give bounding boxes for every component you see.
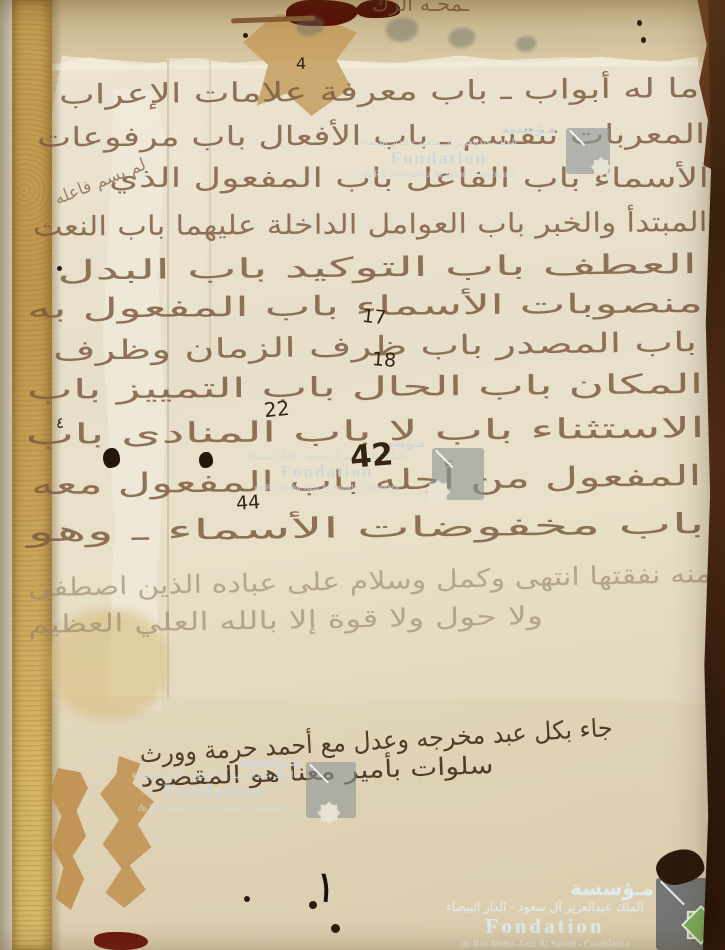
watermark-arabic-subtitle: الملك عبدالعزيز آل سعود - الدار البيضاء bbox=[322, 137, 556, 148]
foundation-watermark: مـؤسسة الملك عبدالعزيز آل سعود - الدار ا… bbox=[436, 876, 725, 950]
ink-number: 4 bbox=[296, 54, 306, 73]
manuscript-line: ما له أبواب ـ باب معرفة علامات الإعراب bbox=[58, 72, 699, 112]
watermark-arabic-subtitle: الملك عبدالعزيز آل سعود - الدار البيضاء bbox=[228, 451, 426, 462]
ink-number: 17 bbox=[361, 305, 387, 329]
ink-dot bbox=[637, 20, 642, 26]
ink-dot bbox=[641, 37, 646, 43]
ink-number: 44 bbox=[235, 491, 261, 515]
watermark-arabic-title: مـؤسسة bbox=[126, 752, 302, 770]
watermark-french-title: Fondation bbox=[436, 914, 654, 939]
watermark-french-subtitle: du Roi Abdul-Aziz Al Saoud - Casablanca bbox=[322, 169, 556, 179]
foundation-watermark: مـؤسسة الملك عبدالعزيز آل سعود - الدار ا… bbox=[126, 752, 360, 830]
watermark-french-subtitle: du Roi Abdul-Aziz Al Saoud - Casablanca bbox=[436, 939, 654, 950]
watermark-french-subtitle: du Roi Abdul-Aziz Al Saoud - Casablanca bbox=[126, 803, 302, 813]
watermark-french-title: Fondation bbox=[126, 781, 302, 803]
ink-number: ٤ bbox=[56, 414, 64, 432]
ink-dot bbox=[244, 896, 250, 902]
ink-number: 18 bbox=[371, 348, 397, 372]
manuscript-scan-page: ما له أبواب ـ باب معرفة علامات الإعرابال… bbox=[0, 0, 725, 950]
ink-blot bbox=[199, 452, 213, 468]
spine-cloth-strip bbox=[0, 0, 12, 950]
manuscript-line: المبتدأ والخبر باب العوامل الداخلة عليهم… bbox=[32, 206, 707, 244]
top-edge-scribble: ـمحـه الرك bbox=[372, 0, 469, 16]
foundation-star-logo-icon bbox=[566, 128, 610, 174]
watermark-arabic-title: مـؤسسة bbox=[436, 876, 654, 900]
folio-number: 42 bbox=[349, 436, 395, 476]
ink-number: 22 bbox=[263, 396, 291, 423]
ink-dot bbox=[309, 901, 317, 909]
eight-point-star-icon bbox=[314, 798, 344, 828]
watermark-arabic-subtitle: الملك عبدالعزيز آل سعود - الدار البيضاء bbox=[126, 770, 302, 781]
watermark-text: مـؤسسة الملك عبدالعزيز آل سعود - الدار ا… bbox=[436, 876, 654, 950]
foundation-star-logo-icon bbox=[306, 762, 356, 818]
manuscript-line: العطف باب التوكيد باب البدل bbox=[57, 248, 698, 288]
foundation-watermark: مـؤسسة الملك عبدالعزيز آل سعود - الدار ا… bbox=[322, 122, 612, 194]
watermark-text: مـؤسسة الملك عبدالعزيز آل سعود - الدار ا… bbox=[228, 436, 426, 492]
watermark-french-title: Fondation bbox=[322, 148, 556, 169]
watermark-text: مـؤسسة الملك عبدالعزيز آل سعود - الدار ا… bbox=[322, 122, 556, 179]
watermark-text: مـؤسسة الملك عبدالعزيز آل سعود - الدار ا… bbox=[126, 752, 302, 813]
watermark-arabic-title: مـؤسسة bbox=[322, 122, 556, 137]
foundation-star-logo-icon bbox=[432, 448, 484, 500]
ink-dot bbox=[243, 33, 248, 38]
watermark-arabic-subtitle: الملك عبدالعزيز آل سعود - الدار البيضاء bbox=[436, 900, 654, 914]
watermark-arabic-title: مـؤسسة bbox=[228, 436, 426, 451]
ink-dot bbox=[57, 266, 62, 271]
ink-blot bbox=[103, 448, 120, 468]
manuscript-line: المكان باب الحال باب التمييز باب bbox=[26, 368, 703, 408]
eight-point-star-icon bbox=[422, 476, 454, 508]
ink-dot bbox=[331, 924, 340, 933]
eight-point-star-icon bbox=[588, 154, 614, 180]
wax-stain bbox=[94, 932, 148, 950]
watermark-french-title: Fondation bbox=[228, 462, 426, 482]
